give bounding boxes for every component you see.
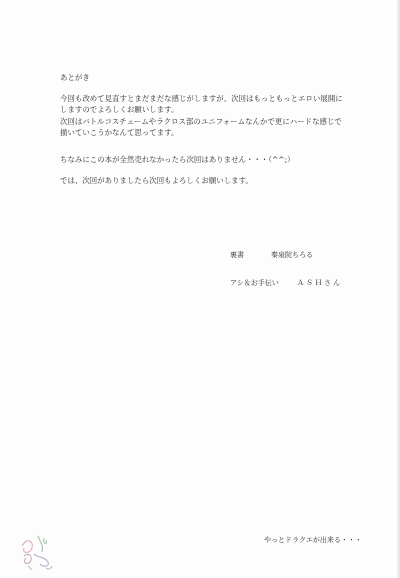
afterword-paragraph-1: 今回も改めて見直すとまだまだな感じがしますが、次回はもっともっとエロい展開に し… — [60, 93, 343, 139]
credit-name-assistant: ＡＳＨさん — [297, 278, 342, 288]
credit-role-author: 裏書 — [230, 250, 244, 260]
credit-role-assistant: アシ＆お手伝い — [230, 278, 279, 288]
afterword-paragraph-2: ちなみにこの本が全然売れなかったら次回はありません・・・（^^;） — [60, 154, 295, 165]
circle-logo-icon — [18, 532, 54, 572]
text-line: 描いていこうかなんて思ってます。 — [60, 127, 343, 138]
afterword-heading: あとがき — [60, 72, 90, 83]
text-line: しますのでよろしくお願いします。 — [60, 104, 343, 115]
credit-name-author: 秦泉院ちろる — [271, 250, 313, 260]
text-line: 次回はバトルコスチュームやラクロス部のユニフォームなんかで更にハードな感じで — [60, 116, 343, 127]
footer-note: やっとドラクエが出来る・・・ — [264, 535, 362, 545]
text-line: 今回も改めて見直すとまだまだな感じがしますが、次回はもっともっとエロい展開に — [60, 93, 343, 104]
afterword-page: あとがき 今回も改めて見直すとまだまだな感じがしますが、次回はもっともっとエロい… — [0, 0, 400, 578]
afterword-paragraph-3: では、次回がありましたら次回もよろしくお願いします。 — [60, 175, 253, 186]
